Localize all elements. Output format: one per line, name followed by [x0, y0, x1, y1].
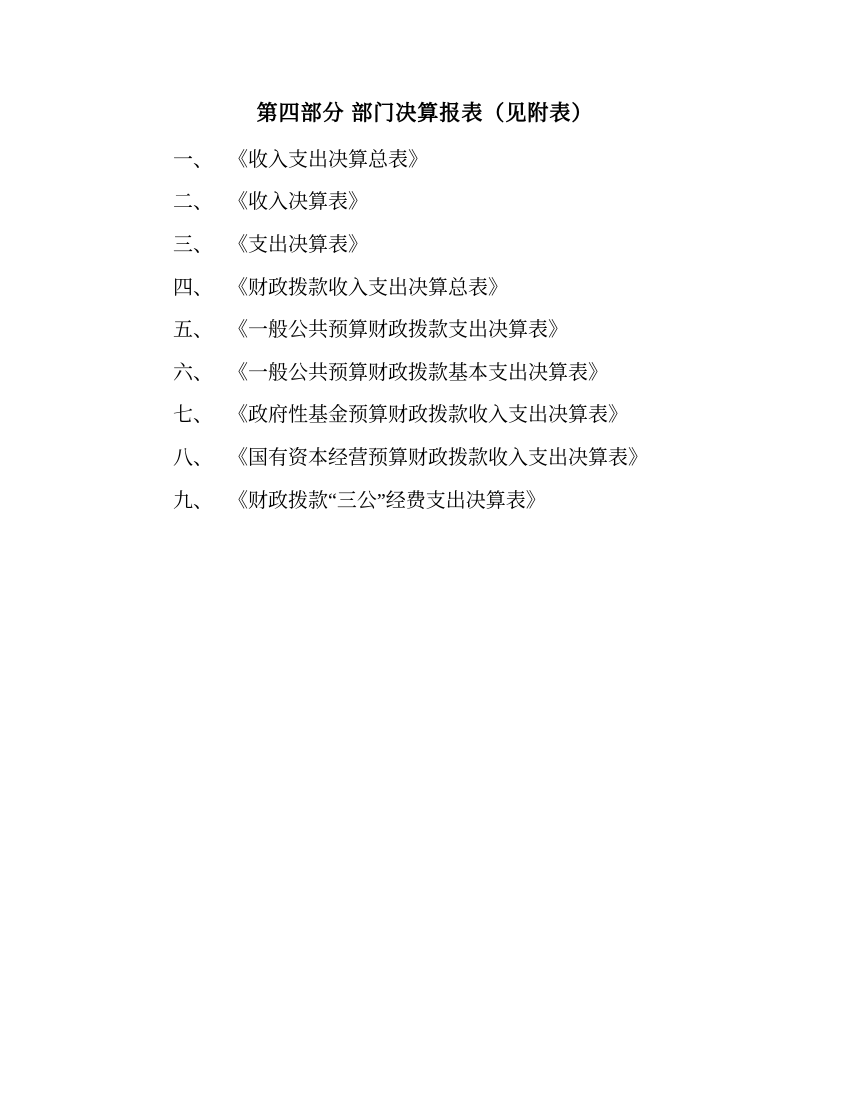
list-item-number: 六、 — [173, 356, 228, 385]
list-item: 一、 《收入支出决算总表》 — [0, 136, 850, 179]
list-item-number: 七、 — [173, 398, 228, 427]
list-item-title: 《国有资本经营预算财政拨款收入支出决算表》 — [228, 441, 648, 470]
list-item-number: 三、 — [173, 228, 228, 257]
list-item-title: 《财政拨款收入支出决算总表》 — [228, 271, 508, 300]
section-title: 第四部分 部门决算报表（见附表） — [0, 0, 850, 125]
list-item-number: 四、 — [173, 271, 228, 300]
list-item: 三、 《支出决算表》 — [0, 221, 850, 264]
list-item: 八、 《国有资本经营预算财政拨款收入支出决算表》 — [0, 434, 850, 477]
list-item-number: 一、 — [173, 143, 228, 172]
list-item-title: 《支出决算表》 — [228, 228, 368, 257]
list-item-title: 《政府性基金预算财政拨款收入支出决算表》 — [228, 398, 628, 427]
list-item-title: 《收入决算表》 — [228, 185, 368, 214]
report-list: 一、 《收入支出决算总表》 二、 《收入决算表》 三、 《支出决算表》 四、 《… — [0, 136, 850, 519]
list-item-title: 《一般公共预算财政拨款支出决算表》 — [228, 313, 568, 342]
list-item-number: 八、 — [173, 441, 228, 470]
list-item: 四、 《财政拨款收入支出决算总表》 — [0, 264, 850, 307]
list-item: 六、 《一般公共预算财政拨款基本支出决算表》 — [0, 349, 850, 392]
list-item-number: 五、 — [173, 313, 228, 342]
list-item-title: 《收入支出决算总表》 — [228, 143, 428, 172]
list-item: 二、 《收入决算表》 — [0, 179, 850, 222]
list-item-number: 九、 — [173, 484, 228, 513]
list-item: 九、 《财政拨款“三公”经费支出决算表》 — [0, 477, 850, 520]
list-item-number: 二、 — [173, 185, 228, 214]
list-item: 七、 《政府性基金预算财政拨款收入支出决算表》 — [0, 392, 850, 435]
list-item: 五、 《一般公共预算财政拨款支出决算表》 — [0, 306, 850, 349]
list-item-title: 《一般公共预算财政拨款基本支出决算表》 — [228, 356, 608, 385]
list-item-title: 《财政拨款“三公”经费支出决算表》 — [228, 484, 546, 513]
document-page: 第四部分 部门决算报表（见附表） 一、 《收入支出决算总表》 二、 《收入决算表… — [0, 0, 850, 1100]
